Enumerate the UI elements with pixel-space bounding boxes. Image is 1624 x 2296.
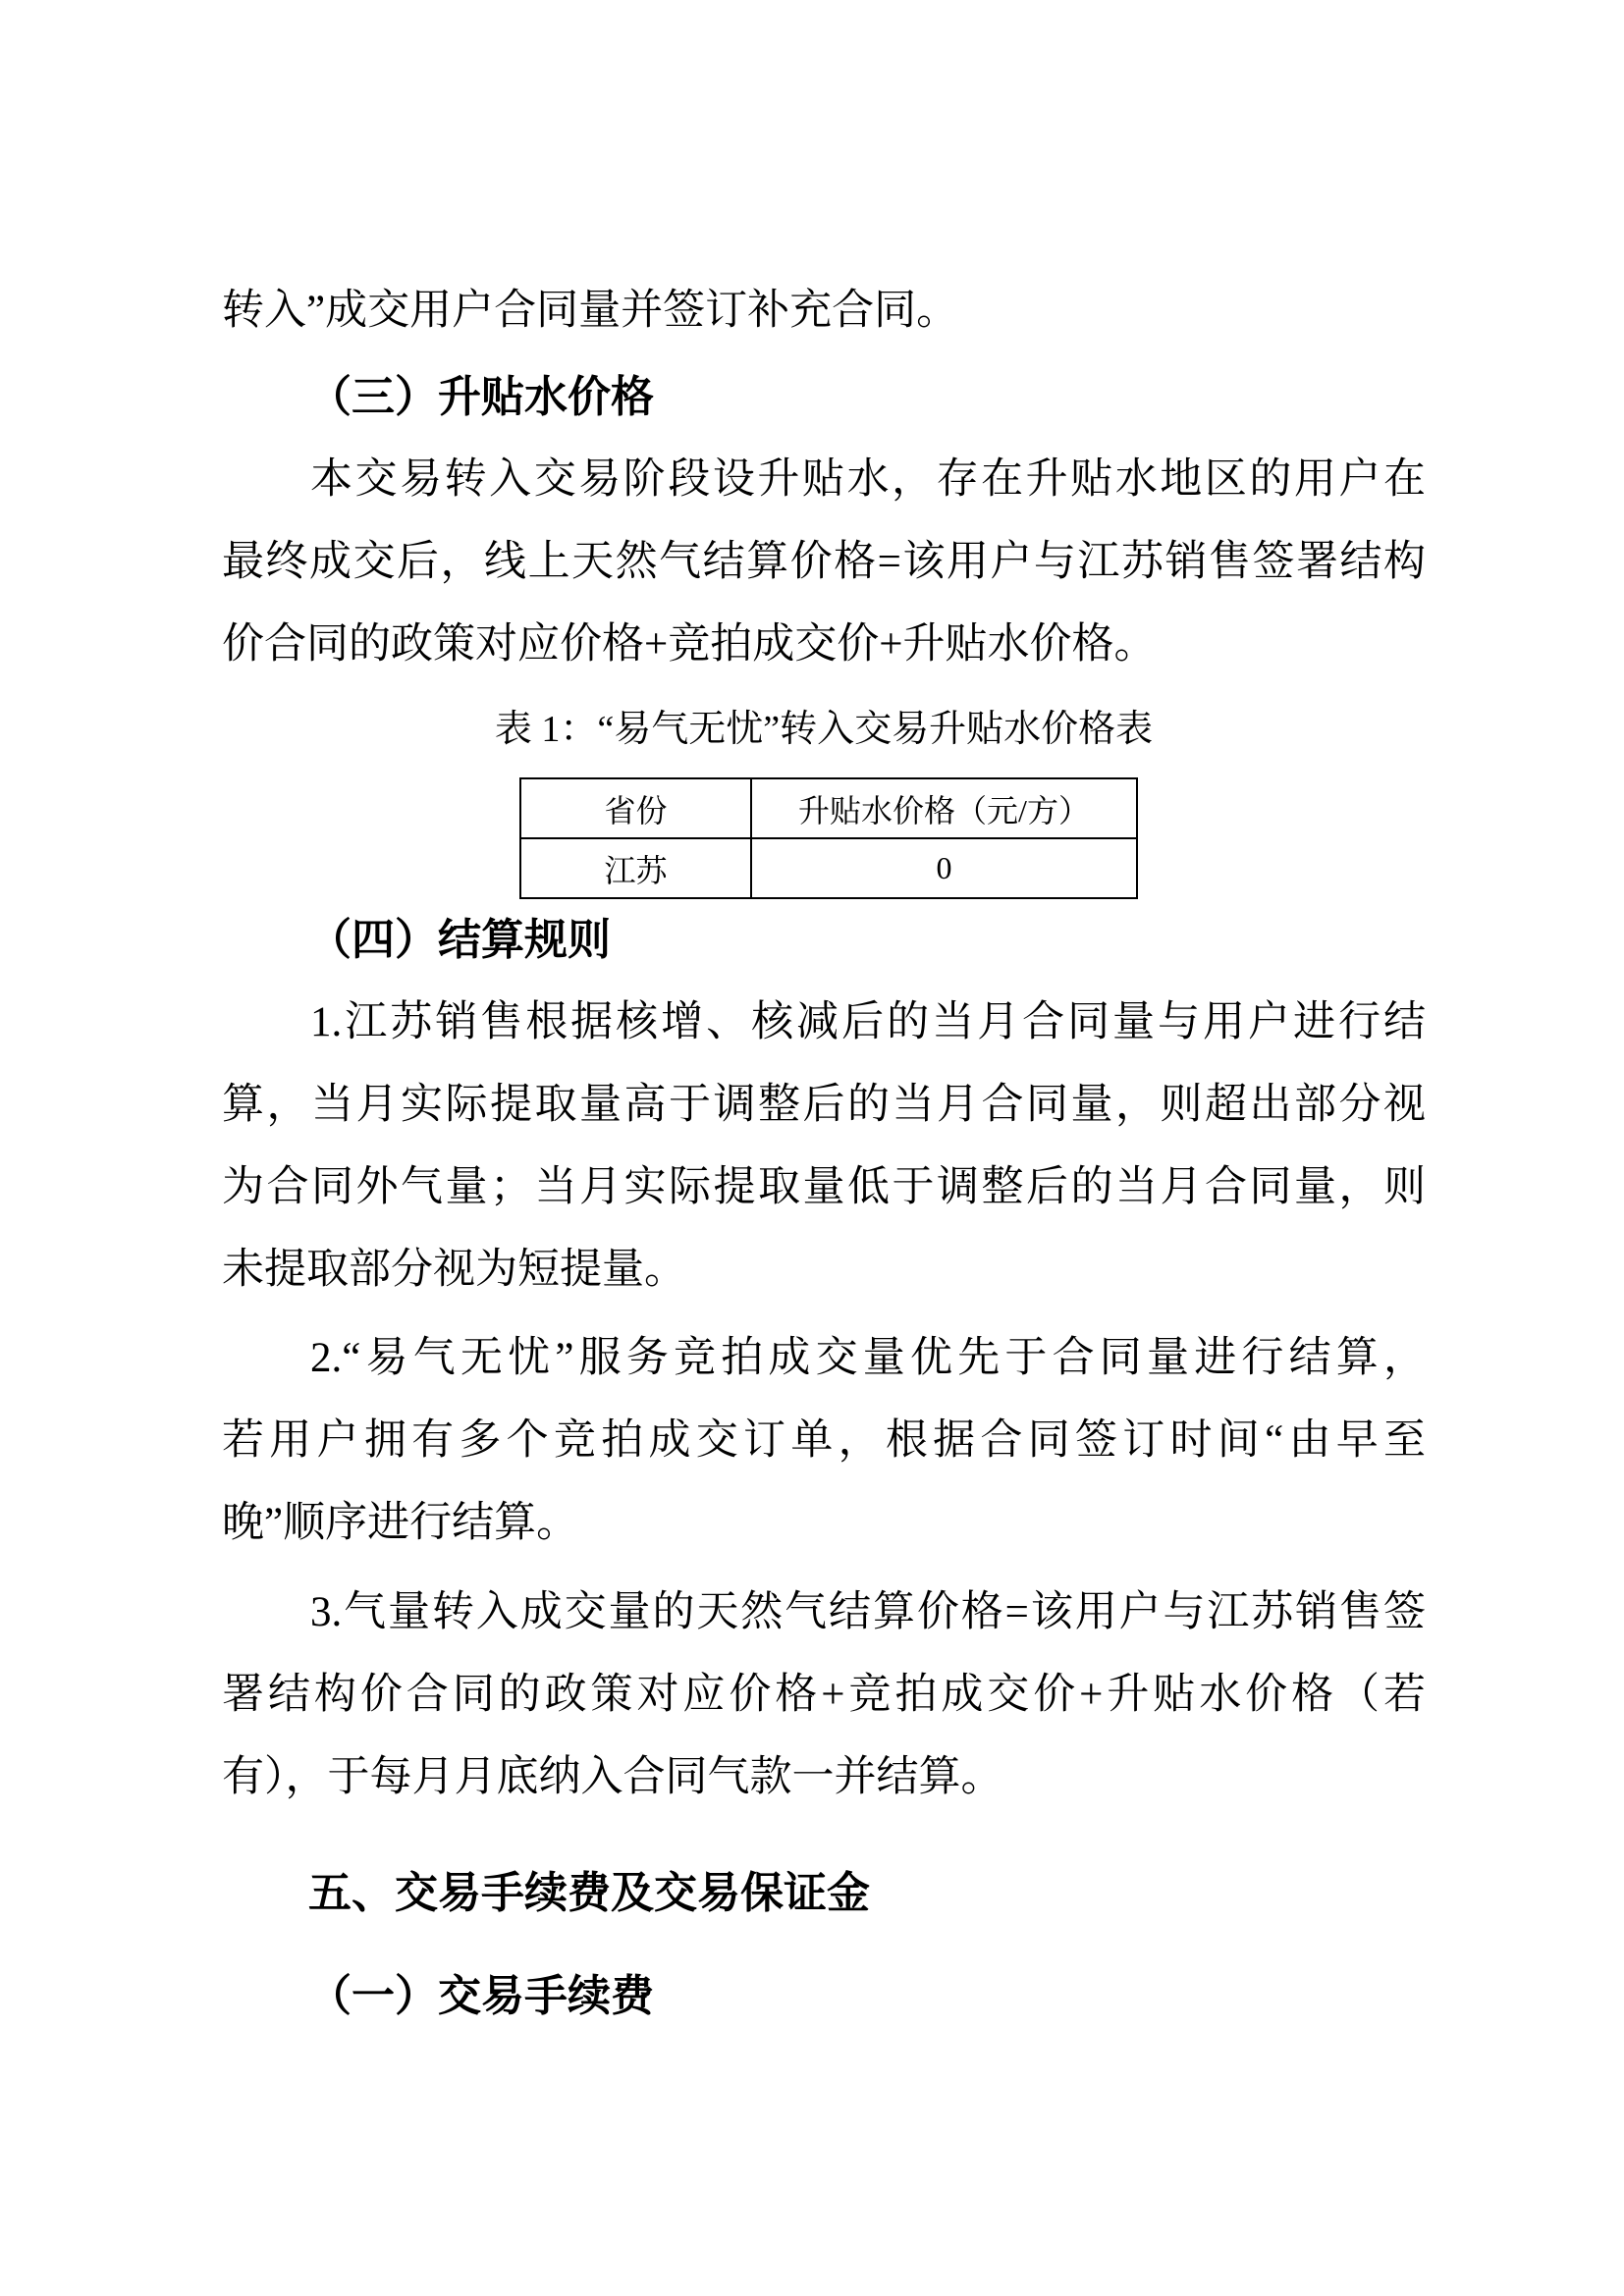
paragraph-line: 算，当月实际提取量高于调整后的当月合同量，则超出部分视 bbox=[222, 1064, 1426, 1147]
table-caption: 表 1：“易气无忧”转入交易升贴水价格表 bbox=[222, 702, 1426, 757]
premium-price-table: 省份 升贴水价格（元/方） 江苏 0 bbox=[519, 777, 1138, 899]
table-cell-province: 江苏 bbox=[520, 838, 751, 898]
paragraph-line: 2.“易气无忧”服务竞拍成交量优先于合同量进行结算， bbox=[222, 1317, 1426, 1400]
paragraph-line: 最终成交后，线上天然气结算价格=该用户与江苏销售签署结构 bbox=[222, 521, 1426, 604]
paragraph-line: 1.江苏销售根据核增、核减后的当月合同量与用户进行结 bbox=[222, 982, 1426, 1064]
paragraph-line: 本交易转入交易阶段设升贴水，存在升贴水地区的用户在 bbox=[222, 439, 1426, 521]
paragraph-line: 若用户拥有多个竞拍成交订单，根据合同签订时间“由早至 bbox=[222, 1400, 1426, 1482]
table-header-row: 省份 升贴水价格（元/方） bbox=[520, 778, 1137, 838]
paragraph-1: 本交易转入交易阶段设升贴水，存在升贴水地区的用户在 最终成交后，线上天然气结算价… bbox=[222, 439, 1426, 686]
paragraph-3: 2.“易气无忧”服务竞拍成交量优先于合同量进行结算， 若用户拥有多个竞拍成交订单… bbox=[222, 1317, 1426, 1565]
paragraph-line: 晚”顺序进行结算。 bbox=[222, 1482, 1426, 1565]
paragraph-line: 署结构价合同的政策对应价格+竞拍成交价+升贴水价格（若 bbox=[222, 1654, 1426, 1736]
table-header-cell-price: 升贴水价格（元/方） bbox=[751, 778, 1137, 838]
table-cell-price: 0 bbox=[751, 838, 1137, 898]
section-heading-6: （一）交易手续费 bbox=[222, 1955, 1426, 2038]
paragraph-line: 未提取部分视为短提量。 bbox=[222, 1229, 1426, 1311]
paragraph-line: 3.气量转入成交量的天然气结算价格=该用户与江苏销售签 bbox=[222, 1572, 1426, 1654]
paragraph-4: 3.气量转入成交量的天然气结算价格=该用户与江苏销售签 署结构价合同的政策对应价… bbox=[222, 1572, 1426, 1819]
section-heading-3: （三）升贴水价格 bbox=[222, 356, 1426, 439]
page-content: 转入”成交用户合同量并签订补充合同。 （三）升贴水价格 本交易转入交易阶段设升贴… bbox=[222, 270, 1426, 2038]
section-heading-4: （四）结算规则 bbox=[222, 899, 1426, 982]
section-heading-5: 五、交易手续费及交易保证金 bbox=[222, 1852, 1426, 1935]
paragraph-line: 有），于每月月底纳入合同气款一并结算。 bbox=[222, 1736, 1426, 1819]
continuation-line: 转入”成交用户合同量并签订补充合同。 bbox=[222, 270, 1426, 352]
table-header-cell-province: 省份 bbox=[520, 778, 751, 838]
paragraph-2: 1.江苏销售根据核增、核减后的当月合同量与用户进行结 算，当月实际提取量高于调整… bbox=[222, 982, 1426, 1311]
paragraph-line: 为合同外气量；当月实际提取量低于调整后的当月合同量，则 bbox=[222, 1147, 1426, 1229]
table-row: 江苏 0 bbox=[520, 838, 1137, 898]
paragraph-line: 价合同的政策对应价格+竞拍成交价+升贴水价格。 bbox=[222, 604, 1426, 686]
document-page: 转入”成交用户合同量并签订补充合同。 （三）升贴水价格 本交易转入交易阶段设升贴… bbox=[0, 0, 1624, 2296]
